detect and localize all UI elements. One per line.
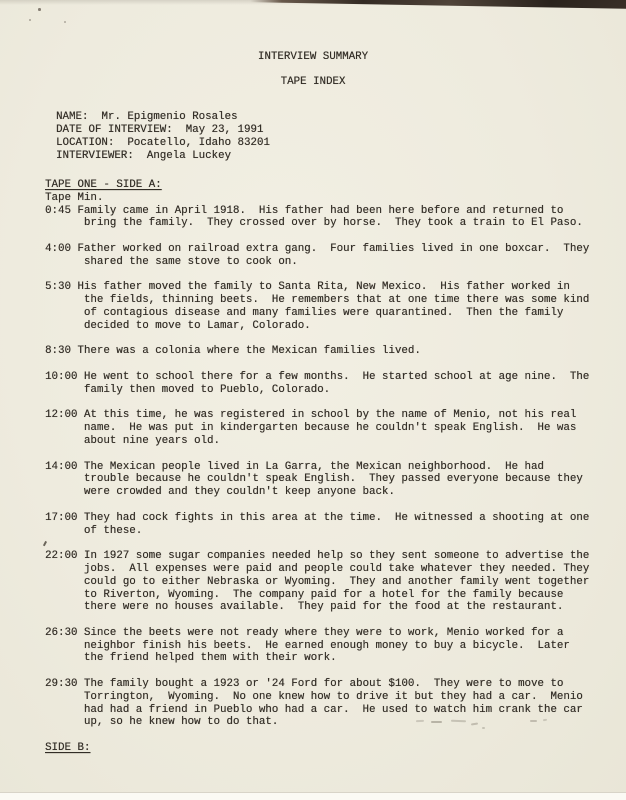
entry-continuation-line: bring the family. They crossed over by h… xyxy=(45,217,605,230)
entry-continuation-line: neighbor finish his beets. He earned eno… xyxy=(45,640,605,653)
entry-continuation-line: jobs. All expenses were paid and people … xyxy=(45,563,605,576)
timestamp: 5:30 xyxy=(45,281,71,293)
interviewer-label: INTERVIEWER: xyxy=(56,150,134,162)
interview-metadata: NAME:Mr. Epigmenio Rosales DATE OF INTER… xyxy=(56,111,270,163)
entry-continuation-line: to Riverton, Wyoming. The company paid f… xyxy=(45,589,605,602)
timestamp: 26:30 xyxy=(45,627,77,639)
tape-entry-4-00: 4:00 Father worked on railroad extra gan… xyxy=(45,243,605,269)
document-subtitle: TAPE INDEX xyxy=(0,76,626,89)
tape-min-column-label: Tape Min. xyxy=(45,192,605,205)
tape-entry-10-00: 10:00 He went to school there for a few … xyxy=(45,371,605,397)
scan-top-edge-shadow xyxy=(0,0,626,10)
entry-first-line: 22:00 In 1927 some sugar companies neede… xyxy=(45,550,605,563)
tape-entry-26-30: 26:30 Since the beets were not ready whe… xyxy=(45,627,605,665)
entry-first-line: 10:00 He went to school there for a few … xyxy=(45,371,605,384)
entry-continuation-line: there were no houses available. They pai… xyxy=(45,601,605,614)
timestamp: 4:00 xyxy=(45,243,71,255)
tape-index-body: TAPE ONE - SIDE A: Tape Min. 0:45 Family… xyxy=(45,179,605,755)
timestamp: 10:00 xyxy=(45,371,77,383)
tape-entry-12-00: 12:00 At this time, he was registered in… xyxy=(45,409,605,447)
entry-continuation-line: the fields, thinning beets. He remembers… xyxy=(45,294,605,307)
scanned-document-page: INTERVIEW SUMMARY TAPE INDEX NAME:Mr. Ep… xyxy=(0,0,626,800)
date-value: May 23, 1991 xyxy=(186,124,264,136)
meta-row-interviewer: INTERVIEWER:Angela Luckey xyxy=(56,150,270,163)
side-b-heading: SIDE B: xyxy=(45,742,605,755)
entry-continuation-line: about nine years old. xyxy=(45,435,605,448)
entry-first-line: 5:30 His father moved the family to Sant… xyxy=(45,281,605,294)
timestamp: 8:30 xyxy=(45,345,71,357)
tape-entry-5-30: 5:30 His father moved the family to Sant… xyxy=(45,281,605,332)
entry-continuation-line: name. He was put in kindergarten because… xyxy=(45,422,605,435)
entry-continuation-line: of these. xyxy=(45,525,605,538)
scan-bottom-edge xyxy=(0,792,626,800)
scan-top-sliver xyxy=(0,0,626,5)
name-value: Mr. Epigmenio Rosales xyxy=(101,111,237,123)
tape-entry-17-00: 17:00 They had cock fights in this area … xyxy=(45,512,605,538)
entry-first-line: 4:00 Father worked on railroad extra gan… xyxy=(45,243,605,256)
tape-entries: 0:45 Family came in April 1918. His fath… xyxy=(45,205,605,730)
tape-entry-8-30: 8:30 There was a colonia where the Mexic… xyxy=(45,345,605,358)
ink-speck xyxy=(29,19,31,21)
meta-row-name: NAME:Mr. Epigmenio Rosales xyxy=(56,111,270,124)
side-a-heading: TAPE ONE - SIDE A: xyxy=(45,179,605,192)
entry-continuation-line: were crowded and they couldn't keep anyo… xyxy=(45,486,605,499)
entry-continuation-line: the friend helped them with their work. xyxy=(45,652,605,665)
timestamp: 17:00 xyxy=(45,512,77,524)
entry-first-line: 0:45 Family came in April 1918. His fath… xyxy=(45,205,605,218)
entry-continuation-line: had had a friend in Pueblo who had a car… xyxy=(45,704,605,717)
tape-entry-0-45: 0:45 Family came in April 1918. His fath… xyxy=(45,205,605,231)
location-value: Pocatello, Idaho 83201 xyxy=(127,137,270,149)
entry-first-line: 17:00 They had cock fights in this area … xyxy=(45,512,605,525)
entry-continuation-line: could go to either Nebraska or Wyoming. … xyxy=(45,576,605,589)
entry-continuation-line: Torrington, Wyoming. No one knew how to … xyxy=(45,691,605,704)
entry-first-line: 8:30 There was a colonia where the Mexic… xyxy=(45,345,605,358)
tape-entry-22-00: 22:00 In 1927 some sugar companies neede… xyxy=(45,550,605,614)
timestamp: 14:00 xyxy=(45,461,77,473)
entry-first-line: 14:00 The Mexican people lived in La Gar… xyxy=(45,461,605,474)
entry-first-line: 26:30 Since the beets were not ready whe… xyxy=(45,627,605,640)
entry-continuation-line: trouble because he couldn't speak Englis… xyxy=(45,473,605,486)
date-label: DATE OF INTERVIEW: xyxy=(56,124,173,136)
name-label: NAME: xyxy=(56,111,88,123)
entry-first-line: 29:30 The family bought a 1923 or '24 Fo… xyxy=(45,678,605,691)
entry-first-line: 12:00 At this time, he was registered in… xyxy=(45,409,605,422)
entry-continuation-line: decided to move to Lamar, Colorado. xyxy=(45,320,605,333)
timestamp: 22:00 xyxy=(45,550,77,562)
entry-continuation-line: family then moved to Pueblo, Colorado. xyxy=(45,384,605,397)
meta-row-date: DATE OF INTERVIEW:May 23, 1991 xyxy=(56,124,270,137)
timestamp: 29:30 xyxy=(45,678,77,690)
interviewer-value: Angela Luckey xyxy=(147,150,231,162)
entry-continuation-line: shared the same stove to cook on. xyxy=(45,256,605,269)
ink-speck xyxy=(38,8,41,11)
ink-speck xyxy=(64,21,66,23)
entry-continuation-line: up, so he knew how to do that. xyxy=(45,716,605,729)
tape-entry-29-30: 29:30 The family bought a 1923 or '24 Fo… xyxy=(45,678,605,729)
timestamp: 0:45 xyxy=(45,205,71,217)
document-title: INTERVIEW SUMMARY xyxy=(0,51,626,64)
timestamp: 12:00 xyxy=(45,409,77,421)
tape-entry-14-00: 14:00 The Mexican people lived in La Gar… xyxy=(45,461,605,499)
entry-continuation-line: of contagious disease and many families … xyxy=(45,307,605,320)
location-label: LOCATION: xyxy=(56,137,114,149)
meta-row-location: LOCATION:Pocatello, Idaho 83201 xyxy=(56,137,270,150)
